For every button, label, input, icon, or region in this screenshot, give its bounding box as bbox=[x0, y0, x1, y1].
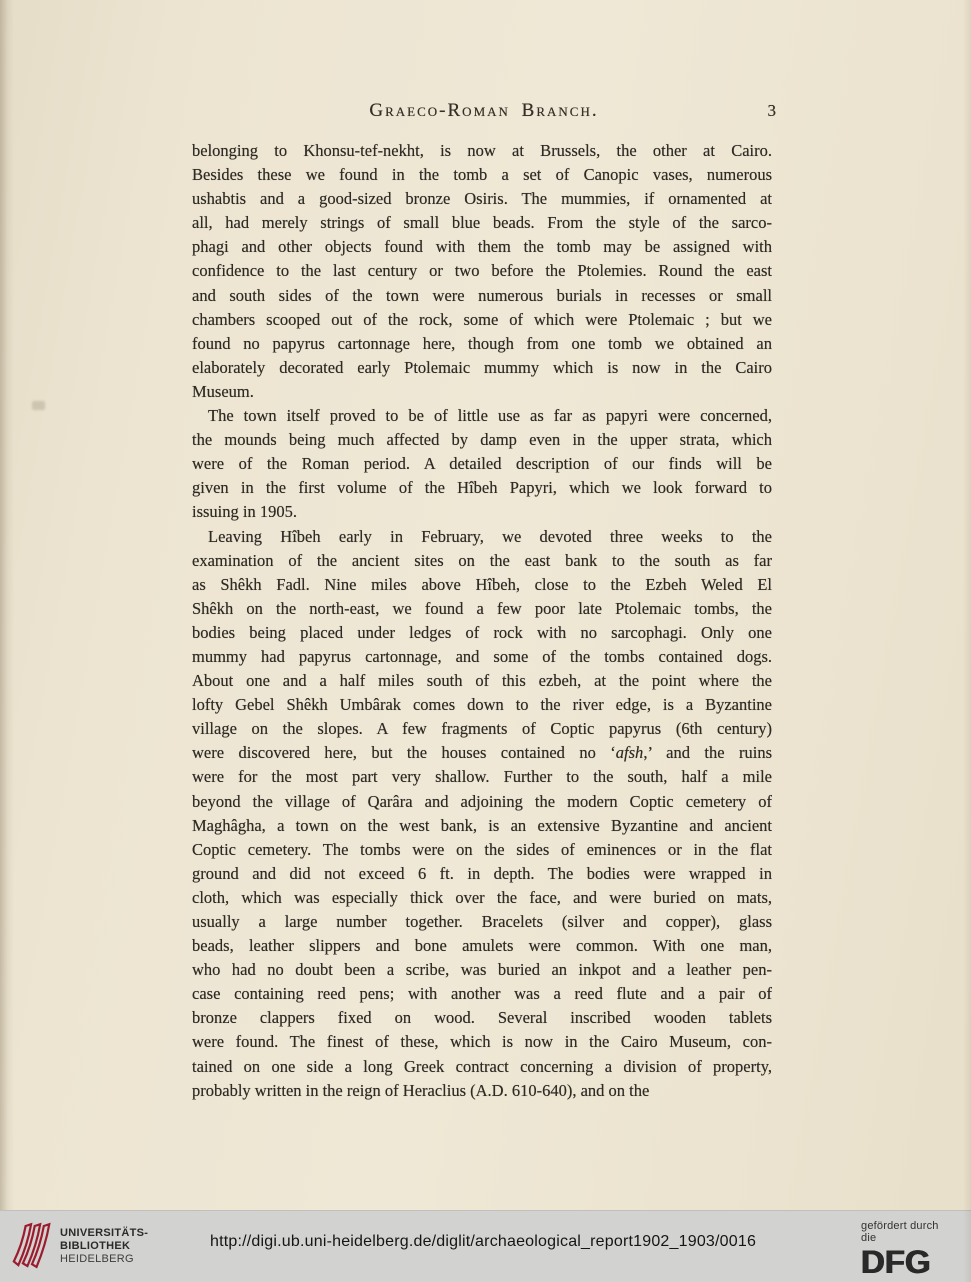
text-line: were discovered here, but the houses con… bbox=[192, 741, 772, 765]
library-name: UNIVERSITÄTS- BIBLIOTHEK HEIDELBERG bbox=[60, 1227, 148, 1266]
dfg-brand: gefördert durch die DFG bbox=[861, 1220, 957, 1277]
text-line: Leaving Hîbeh early in February, we devo… bbox=[192, 525, 772, 549]
text-line: ground and did not exceed 6 ft. in depth… bbox=[192, 862, 772, 886]
source-url: http://digi.ub.uni-heidelberg.de/diglit/… bbox=[210, 1233, 756, 1251]
library-name-line3: HEIDELBERG bbox=[60, 1253, 148, 1266]
text-line: were of the Roman period. A detailed des… bbox=[192, 452, 772, 476]
text-line: Coptic cemetery. The tombs were on the s… bbox=[192, 838, 772, 862]
page-header: Graeco-Roman Branch. 3 bbox=[192, 100, 776, 126]
library-brand: UNIVERSITÄTS- BIBLIOTHEK HEIDELBERG bbox=[12, 1221, 148, 1271]
body-text: belonging to Khonsu-tef-nekht, is now at… bbox=[192, 139, 772, 1103]
text-line: and south sides of the town were numerou… bbox=[192, 284, 772, 308]
text-line: belonging to Khonsu-tef-nekht, is now at… bbox=[192, 139, 772, 163]
text-line: lofty Gebel Shêkh Umbârak comes down to … bbox=[192, 693, 772, 717]
text-line: About one and a half miles south of this… bbox=[192, 669, 772, 693]
text-line: examination of the ancient sites on the … bbox=[192, 549, 772, 573]
dfg-logo: DFG bbox=[861, 1247, 957, 1276]
text-line: case containing reed pens; with another … bbox=[192, 982, 772, 1006]
text-line: were for the most part very shallow. Fur… bbox=[192, 765, 772, 789]
library-name-line2: BIBLIOTHEK bbox=[60, 1240, 148, 1253]
text-line: found no papyrus cartonnage here, though… bbox=[192, 332, 772, 356]
text-line: issuing in 1905. bbox=[192, 500, 772, 524]
footer-bar: UNIVERSITÄTS- BIBLIOTHEK HEIDELBERG http… bbox=[0, 1210, 971, 1282]
text-line: were found. The finest of these, which i… bbox=[192, 1030, 772, 1054]
scanned-document-page: Graeco-Roman Branch. 3 belonging to Khon… bbox=[0, 0, 971, 1282]
text-line: beyond the village of Qarâra and adjoini… bbox=[192, 790, 772, 814]
text-line: bodies being placed under ledges of rock… bbox=[192, 621, 772, 645]
text-line: beads, leather slippers and bone amulets… bbox=[192, 934, 772, 958]
text-line: who had no doubt been a scribe, was buri… bbox=[192, 958, 772, 982]
text-line: usually a large number together. Bracele… bbox=[192, 910, 772, 934]
text-line: Shêkh on the north-east, we found a few … bbox=[192, 597, 772, 621]
page-title: Graeco-Roman Branch. bbox=[192, 100, 776, 122]
page-number: 3 bbox=[768, 101, 777, 121]
text-line: tained on one side a long Greek contract… bbox=[192, 1055, 772, 1079]
library-name-line1: UNIVERSITÄTS- bbox=[60, 1227, 148, 1240]
text-line: cloth, which was especially thick over t… bbox=[192, 886, 772, 910]
text-line: the mounds being much affected by damp e… bbox=[192, 428, 772, 452]
text-line: chambers scooped out of the rock, some o… bbox=[192, 308, 772, 332]
text-line: probably written in the reign of Heracli… bbox=[192, 1079, 772, 1103]
text-line: as Shêkh Fadl. Nine miles above Hîbeh, c… bbox=[192, 573, 772, 597]
text-line: ushabtis and a good-sized bronze Osiris.… bbox=[192, 187, 772, 211]
text-line: Museum. bbox=[192, 380, 772, 404]
text-line: elaborately decorated early Ptolemaic mu… bbox=[192, 356, 772, 380]
text-line: The town itself proved to be of little u… bbox=[192, 404, 772, 428]
text-line: all, had merely strings of small blue be… bbox=[192, 211, 772, 235]
text-line: village on the slopes. A few fragments o… bbox=[192, 717, 772, 741]
scan-artifact bbox=[32, 401, 45, 410]
text-line: Besides these we found in the tomb a set… bbox=[192, 163, 772, 187]
text-line: bronze clappers fixed on wood. Several i… bbox=[192, 1006, 772, 1030]
text-line: confidence to the last century or two be… bbox=[192, 259, 772, 283]
text-line: mummy had papyrus cartonnage, and some o… bbox=[192, 645, 772, 669]
dfg-caption: gefördert durch die bbox=[861, 1220, 957, 1244]
text-line: Maghâgha, a town on the west bank, is an… bbox=[192, 814, 772, 838]
text-line: phagi and other objects found with them … bbox=[192, 235, 772, 259]
library-book-icon bbox=[12, 1221, 52, 1271]
text-line: given in the first volume of the Hîbeh P… bbox=[192, 476, 772, 500]
